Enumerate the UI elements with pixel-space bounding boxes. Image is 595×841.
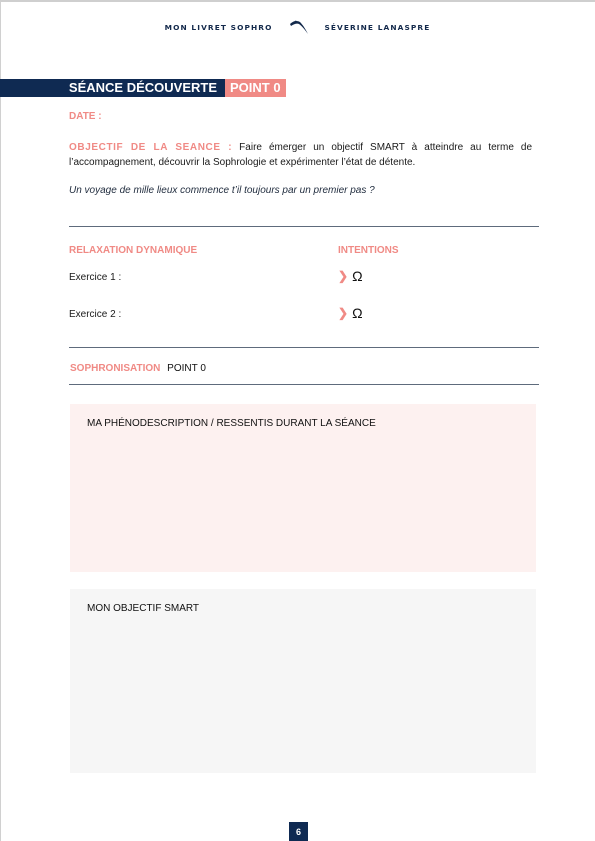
exercise-1-label: Exercice 1 :: [69, 272, 121, 283]
header-author-name: SÉVERINE LANASPRE: [324, 23, 430, 32]
section-title: SÉANCE DÉCOUVERTE: [0, 79, 225, 97]
date-label: DATE :: [69, 111, 102, 122]
section-badge: POINT 0: [225, 79, 286, 97]
intentions-heading: INTENTIONS: [338, 245, 399, 256]
exercise-2-label: Exercice 2 :: [69, 309, 121, 320]
chevron-right-icon: ❯: [338, 269, 348, 283]
session-quote: Un voyage de mille lieux commence t’il t…: [69, 185, 375, 196]
session-objective: OBJECTIF DE LA SEANCE : Faire émerger un…: [69, 140, 532, 170]
sophronisation-row: SOPHRONISATION POINT 0: [70, 363, 206, 374]
divider: [69, 347, 539, 348]
omega-symbol: Ω: [352, 305, 362, 321]
header-booklet-title: MON LIVRET SOPHRO: [165, 23, 273, 32]
relaxation-heading: RELAXATION DYNAMIQUE: [69, 245, 197, 256]
smart-objective-title: MON OBJECTIF SMART: [87, 603, 199, 614]
exercise-1-intention[interactable]: ❯ Ω: [338, 268, 363, 284]
section-title-bar: SÉANCE DÉCOUVERTE POINT 0: [0, 79, 286, 97]
divider: [69, 226, 539, 227]
omega-symbol: Ω: [352, 268, 362, 284]
chevron-right-icon: ❯: [338, 306, 348, 320]
date-field: DATE :: [69, 111, 102, 122]
sophronisation-value: POINT 0: [167, 363, 206, 374]
divider: [69, 384, 539, 385]
smart-objective-box[interactable]: MON OBJECTIF SMART: [70, 589, 536, 773]
page-header: MON LIVRET SOPHRO SÉVERINE LANASPRE: [0, 17, 595, 37]
phenodescription-box[interactable]: MA PHÉNODESCRIPTION / RESSENTIS DURANT L…: [70, 404, 536, 572]
swallow-bird-logo-icon: [288, 19, 310, 35]
exercise-2-intention[interactable]: ❯ Ω: [338, 305, 363, 321]
phenodescription-title: MA PHÉNODESCRIPTION / RESSENTIS DURANT L…: [87, 418, 376, 429]
page-number: 6: [289, 822, 308, 841]
objective-label: OBJECTIF DE LA SEANCE :: [69, 142, 232, 153]
sophronisation-label: SOPHRONISATION: [70, 363, 160, 374]
